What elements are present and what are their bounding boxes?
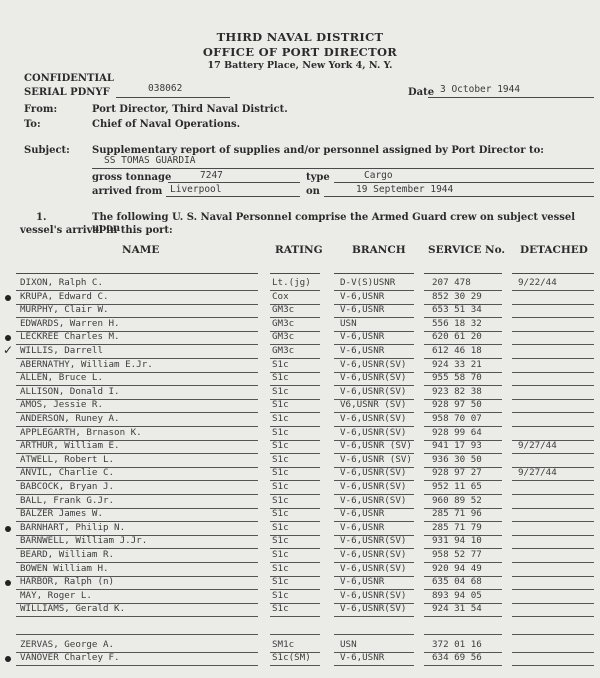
row-underline bbox=[424, 665, 502, 666]
crew-service-no: 653 51 34 bbox=[432, 304, 482, 315]
crew-rating: S1c(SM) bbox=[272, 652, 311, 663]
on-underline bbox=[324, 196, 594, 197]
crew-branch: V-6,USNR(SV) bbox=[340, 495, 406, 506]
vessel-name: SS TOMAS GUARDIA bbox=[104, 155, 196, 166]
crew-rating: GM3c bbox=[272, 345, 294, 356]
row-underline bbox=[334, 616, 414, 617]
gross-tonnage-underline bbox=[168, 182, 300, 183]
bullet-mark-icon bbox=[5, 295, 11, 301]
crew-branch: V-6,USNR(SV) bbox=[340, 427, 406, 438]
row-underline bbox=[512, 665, 594, 666]
crew-service-no: 372 01 16 bbox=[432, 639, 482, 650]
crew-rating: Cox bbox=[272, 291, 289, 302]
crew-rating: S1c bbox=[272, 549, 289, 560]
crew-service-no: 634 69 56 bbox=[432, 652, 482, 663]
crew-rating: S1c bbox=[272, 603, 289, 614]
serial-value: 038062 bbox=[148, 83, 182, 94]
crew-name: BALL, Frank G.Jr. bbox=[20, 495, 114, 506]
row-underline bbox=[424, 634, 502, 635]
crew-rating: S1c bbox=[272, 563, 289, 574]
crew-rating: S1c bbox=[272, 495, 289, 506]
column-header-service-no: SERVICE No. bbox=[428, 244, 505, 256]
row-underline bbox=[270, 616, 320, 617]
crew-name: APPLEGARTH, Brnason K. bbox=[20, 427, 142, 438]
to-label: To: bbox=[24, 119, 41, 130]
crew-service-no: 928 99 64 bbox=[432, 427, 482, 438]
crew-rating: S1c bbox=[272, 590, 289, 601]
crew-service-no: 941 17 93 bbox=[432, 440, 482, 451]
crew-name: ALLISON, Donald I. bbox=[20, 386, 120, 397]
crew-branch: V-6,USNR(SV) bbox=[340, 549, 406, 560]
crew-service-no: 955 58 70 bbox=[432, 372, 482, 383]
crew-branch: V-6,USNR bbox=[340, 508, 384, 519]
crew-rating: S1c bbox=[272, 440, 289, 451]
crew-rating: S1c bbox=[272, 427, 289, 438]
row-underline bbox=[270, 665, 320, 666]
crew-name: BALZER James W. bbox=[20, 508, 103, 519]
crew-service-no: 285 71 79 bbox=[432, 522, 482, 533]
crew-service-no: 620 61 20 bbox=[432, 331, 482, 342]
crew-service-no: 958 70 07 bbox=[432, 413, 482, 424]
crew-detached: 9/22/44 bbox=[518, 277, 557, 288]
crew-name: BARNHART, Philip N. bbox=[20, 522, 125, 533]
table-top-rule bbox=[334, 273, 414, 274]
crew-name: ALLEN, Bruce L. bbox=[20, 372, 103, 383]
crew-service-no: 893 94 05 bbox=[432, 590, 482, 601]
crew-name: ABERNATHY, William E.Jr. bbox=[20, 359, 153, 370]
crew-service-no: 931 94 10 bbox=[432, 535, 482, 546]
crew-branch: V-6,USNR(SV) bbox=[340, 590, 406, 601]
arrived-from-label: arrived from bbox=[92, 186, 162, 197]
vessel-underline bbox=[92, 168, 594, 169]
paragraph-number: 1. bbox=[36, 212, 46, 223]
crew-name: DIXON, Ralph C. bbox=[20, 277, 103, 288]
table-top-rule bbox=[270, 273, 320, 274]
row-underline bbox=[512, 616, 594, 617]
classification-label: CONFIDENTIAL bbox=[24, 73, 114, 84]
crew-service-no: 924 31 54 bbox=[432, 603, 482, 614]
crew-rating: S1c bbox=[272, 522, 289, 533]
crew-branch: V-6,USNR bbox=[340, 576, 384, 587]
crew-branch: V-6,USNR(SV) bbox=[340, 467, 406, 478]
crew-branch: V-6,USNR bbox=[340, 522, 384, 533]
crew-name: VANOVER Charley F. bbox=[20, 652, 120, 663]
crew-service-no: 960 89 52 bbox=[432, 495, 482, 506]
crew-service-no: 207 478 bbox=[432, 277, 471, 288]
crew-branch: V-6,USNR (SV) bbox=[340, 454, 412, 465]
row-underline bbox=[16, 616, 258, 617]
crew-rating: S1c bbox=[272, 467, 289, 478]
crew-branch: USN bbox=[340, 318, 357, 329]
crew-name: ANVIL, Charlie C. bbox=[20, 467, 114, 478]
crew-name: BARNWELL, William J.Jr. bbox=[20, 535, 147, 546]
table-top-rule bbox=[16, 273, 258, 274]
crew-branch: V-6,USNR(SV) bbox=[340, 386, 406, 397]
serial-underline bbox=[116, 97, 230, 98]
to-value: Chief of Naval Operations. bbox=[92, 119, 240, 130]
crew-name: ZERVAS, George A. bbox=[20, 639, 114, 650]
subject-label: Subject: bbox=[24, 145, 70, 156]
row-underline bbox=[512, 634, 594, 635]
crew-branch: V-6,USNR bbox=[340, 345, 384, 356]
crew-name: EDWARDS, Warren H. bbox=[20, 318, 120, 329]
date-underline bbox=[428, 97, 594, 98]
table-row: WILLIAMS, Gerald K.S1cV-6,USNR(SV)924 31… bbox=[0, 603, 600, 618]
crew-name: HARBOR, Ralph (n) bbox=[20, 576, 114, 587]
bullet-mark-icon bbox=[5, 526, 11, 532]
crew-rating: S1c bbox=[272, 454, 289, 465]
crew-service-no: 924 33 21 bbox=[432, 359, 482, 370]
letterhead-address: 17 Battery Place, New York 4, N. Y. bbox=[0, 60, 600, 71]
from-value: Port Director, Third Naval District. bbox=[92, 104, 288, 115]
on-value: 19 September 1944 bbox=[356, 184, 453, 195]
row-underline bbox=[270, 634, 320, 635]
crew-rating: GM3c bbox=[272, 318, 294, 329]
crew-rating: S1c bbox=[272, 535, 289, 546]
crew-name: KRUPA, Edward C. bbox=[20, 291, 109, 302]
crew-service-no: 635 04 68 bbox=[432, 576, 482, 587]
crew-branch: D-V(S)USNR bbox=[340, 277, 395, 288]
on-label: on bbox=[306, 186, 320, 197]
crew-service-no: 285 71 96 bbox=[432, 508, 482, 519]
check-mark-icon: ✓ bbox=[3, 343, 13, 357]
crew-rating: S1c bbox=[272, 399, 289, 410]
row-underline bbox=[16, 634, 258, 635]
crew-rating: S1c bbox=[272, 359, 289, 370]
row-underline bbox=[16, 665, 258, 666]
crew-rating: S1c bbox=[272, 372, 289, 383]
crew-service-no: 928 97 27 bbox=[432, 467, 482, 478]
crew-branch: V-6,USNR(SV) bbox=[340, 372, 406, 383]
row-underline bbox=[334, 634, 414, 635]
crew-service-no: 920 94 49 bbox=[432, 563, 482, 574]
crew-name: LECKREE Charles M. bbox=[20, 331, 120, 342]
paragraph-text-line2: vessel's arrival in this port: bbox=[20, 225, 173, 236]
letterhead-office: OFFICE OF PORT DIRECTOR bbox=[0, 45, 600, 59]
crew-rating: SM1c bbox=[272, 639, 294, 650]
table-row bbox=[0, 668, 600, 678]
crew-service-no: 923 82 38 bbox=[432, 386, 482, 397]
date-value: 3 October 1944 bbox=[440, 84, 520, 95]
crew-rating: S1c bbox=[272, 481, 289, 492]
bullet-mark-icon bbox=[5, 580, 11, 586]
column-header-name: NAME bbox=[122, 244, 159, 256]
crew-branch: V-6,USNR(SV) bbox=[340, 535, 406, 546]
crew-branch: V-6,USNR bbox=[340, 291, 384, 302]
arrived-from-value: Liverpool bbox=[170, 184, 221, 195]
crew-service-no: 936 30 50 bbox=[432, 454, 482, 465]
type-underline bbox=[334, 182, 594, 183]
column-header-rating: RATING bbox=[275, 244, 323, 256]
crew-branch: V-6,USNR bbox=[340, 304, 384, 315]
bullet-mark-icon bbox=[5, 656, 11, 662]
crew-branch: V-6,USNR (SV) bbox=[340, 440, 412, 451]
serial-label: SERIAL PDNYF bbox=[24, 87, 110, 98]
column-header-detached: DETACHED bbox=[520, 244, 588, 256]
crew-name: ANDERSON, Runey A. bbox=[20, 413, 120, 424]
from-label: From: bbox=[24, 104, 57, 115]
crew-branch: V-6,USNR(SV) bbox=[340, 413, 406, 424]
crew-branch: V-6,USNR(SV) bbox=[340, 359, 406, 370]
crew-rating: S1c bbox=[272, 508, 289, 519]
gross-tonnage-label: gross tonnage bbox=[92, 172, 171, 183]
crew-name: AMOS, Jessie R. bbox=[20, 399, 103, 410]
crew-service-no: 952 11 65 bbox=[432, 481, 482, 492]
crew-name: ARTHUR, William E. bbox=[20, 440, 120, 451]
crew-service-no: 556 18 32 bbox=[432, 318, 482, 329]
crew-branch: V-6,USNR(SV) bbox=[340, 563, 406, 574]
column-header-branch: BRANCH bbox=[352, 244, 406, 256]
gross-tonnage-value: 7247 bbox=[200, 170, 223, 181]
crew-detached: 9/27/44 bbox=[518, 467, 557, 478]
crew-service-no: 958 52 77 bbox=[432, 549, 482, 560]
crew-service-no: 612 46 18 bbox=[432, 345, 482, 356]
bullet-mark-icon bbox=[5, 335, 11, 341]
crew-name: MAY, Roger L. bbox=[20, 590, 92, 601]
crew-name: BEARD, William R. bbox=[20, 549, 114, 560]
crew-rating: Lt.(jg) bbox=[272, 277, 311, 288]
table-row: VANOVER Charley F.S1c(SM)V-6,USNR634 69 … bbox=[0, 652, 600, 667]
arrived-from-underline bbox=[166, 196, 300, 197]
table-row bbox=[0, 621, 600, 636]
table-top-rule bbox=[424, 273, 502, 274]
letterhead-district: THIRD NAVAL DISTRICT bbox=[0, 30, 600, 44]
crew-rating: GM3c bbox=[272, 331, 294, 342]
crew-name: MURPHY, Clair W. bbox=[20, 304, 109, 315]
type-label: type bbox=[306, 172, 330, 183]
crew-branch: V6,USNR (SV) bbox=[340, 399, 406, 410]
crew-name: ATWELL, Robert L. bbox=[20, 454, 114, 465]
crew-name: WILLIS, Darrell bbox=[20, 345, 103, 356]
crew-branch: V-6,USNR(SV) bbox=[340, 481, 406, 492]
document-page: THIRD NAVAL DISTRICT OFFICE OF PORT DIRE… bbox=[0, 0, 600, 678]
crew-rating: GM3c bbox=[272, 304, 294, 315]
crew-rating: S1c bbox=[272, 386, 289, 397]
crew-name: BOWEN William H. bbox=[20, 563, 109, 574]
crew-branch: USN bbox=[340, 639, 357, 650]
crew-rating: S1c bbox=[272, 576, 289, 587]
crew-branch: V-6,USNR bbox=[340, 652, 384, 663]
crew-name: BABCOCK, Bryan J. bbox=[20, 481, 114, 492]
crew-service-no: 852 30 29 bbox=[432, 291, 482, 302]
row-underline bbox=[334, 665, 414, 666]
crew-branch: V-6,USNR bbox=[340, 331, 384, 342]
crew-name: WILLIAMS, Gerald K. bbox=[20, 603, 125, 614]
crew-service-no: 928 97 50 bbox=[432, 399, 482, 410]
crew-branch: V-6,USNR(SV) bbox=[340, 603, 406, 614]
crew-rating: S1c bbox=[272, 413, 289, 424]
crew-detached: 9/27/44 bbox=[518, 440, 557, 451]
table-top-rule bbox=[512, 273, 594, 274]
row-underline bbox=[424, 616, 502, 617]
type-value: Cargo bbox=[364, 170, 393, 181]
